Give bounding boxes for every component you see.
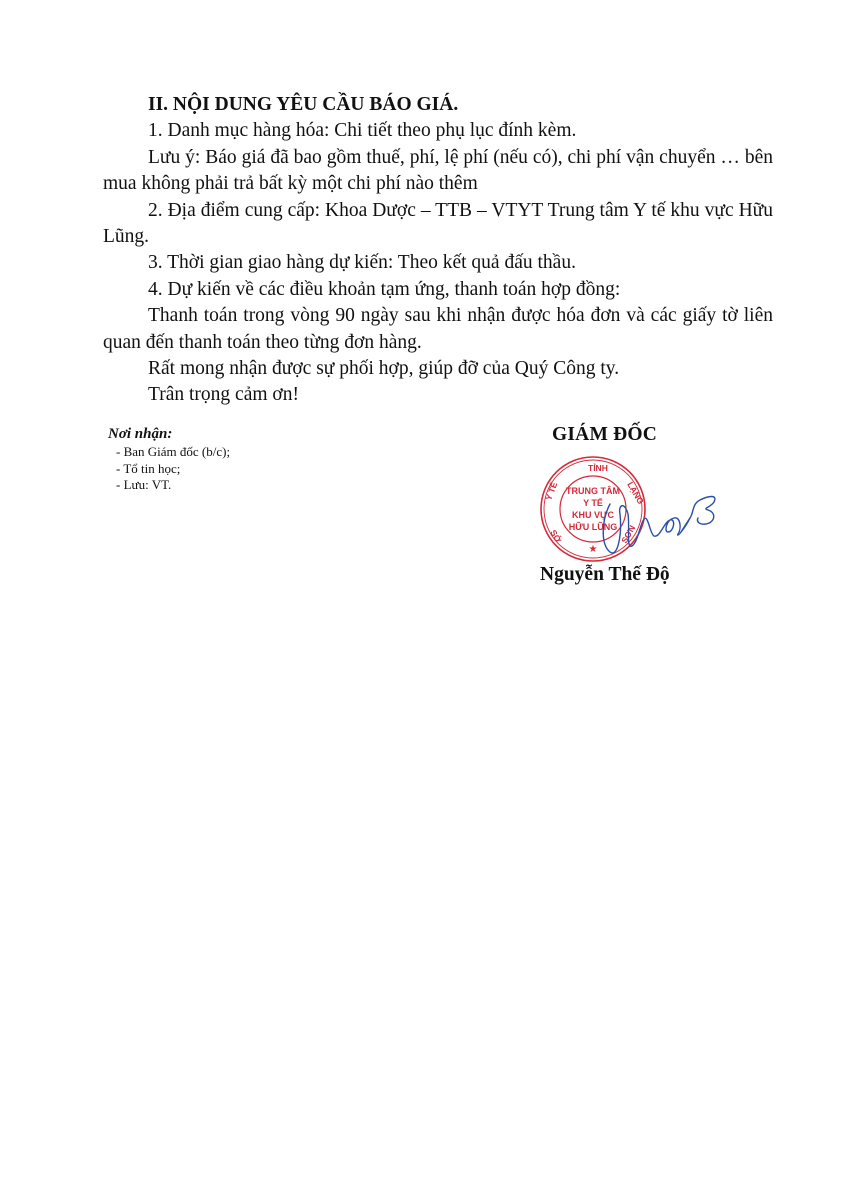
paragraph-cooperation: Rất mong nhận được sự phối hợp, giúp đỡ … <box>103 356 773 382</box>
paragraph-delivery-location: 2. Địa điểm cung cấp: Khoa Dược – TTB – … <box>103 198 773 251</box>
stamp-text-bottom-left: SỞ <box>548 528 564 545</box>
signature-block: GIÁM ĐỐC TỈNH Y TẾ LẠNG SỞ SƠN TRUNG TÂM… <box>520 424 730 594</box>
recipient-item: - Tổ tin học; <box>108 461 230 478</box>
section-heading: II. NỘI DUNG YÊU CẦU BÁO GIÁ. <box>103 92 773 118</box>
paragraph-thanks: Trân trọng cảm ơn! <box>103 382 773 408</box>
recipients-title: Nơi nhận: <box>108 426 230 443</box>
paragraph-payment-terms-heading: 4. Dự kiến về các điều khoản tạm ứng, th… <box>103 277 773 303</box>
stamp-text-top: TỈNH <box>588 462 608 473</box>
handwritten-signature-icon <box>580 474 730 564</box>
stamp-text-left: Y TẾ <box>543 480 559 501</box>
paragraph-goods-list: 1. Danh mục hàng hóa: Chi tiết theo phụ … <box>103 118 773 144</box>
signer-title: GIÁM ĐỐC <box>552 424 657 446</box>
recipients-block: Nơi nhận: - Ban Giám đốc (b/c); - Tổ tin… <box>108 426 230 494</box>
paragraph-note: Lưu ý: Báo giá đã bao gồm thuế, phí, lệ … <box>103 145 773 198</box>
quotation-request-body: II. NỘI DUNG YÊU CẦU BÁO GIÁ. 1. Danh mụ… <box>103 92 773 409</box>
document-page: II. NỘI DUNG YÊU CẦU BÁO GIÁ. 1. Danh mụ… <box>0 0 848 1200</box>
paragraph-delivery-time: 3. Thời gian giao hàng dự kiến: Theo kết… <box>103 250 773 276</box>
paragraph-payment-terms: Thanh toán trong vòng 90 ngày sau khi nh… <box>103 303 773 356</box>
recipient-item: - Lưu: VT. <box>108 477 230 494</box>
recipient-item: - Ban Giám đốc (b/c); <box>108 444 230 461</box>
signer-name: Nguyễn Thế Độ <box>540 564 670 586</box>
